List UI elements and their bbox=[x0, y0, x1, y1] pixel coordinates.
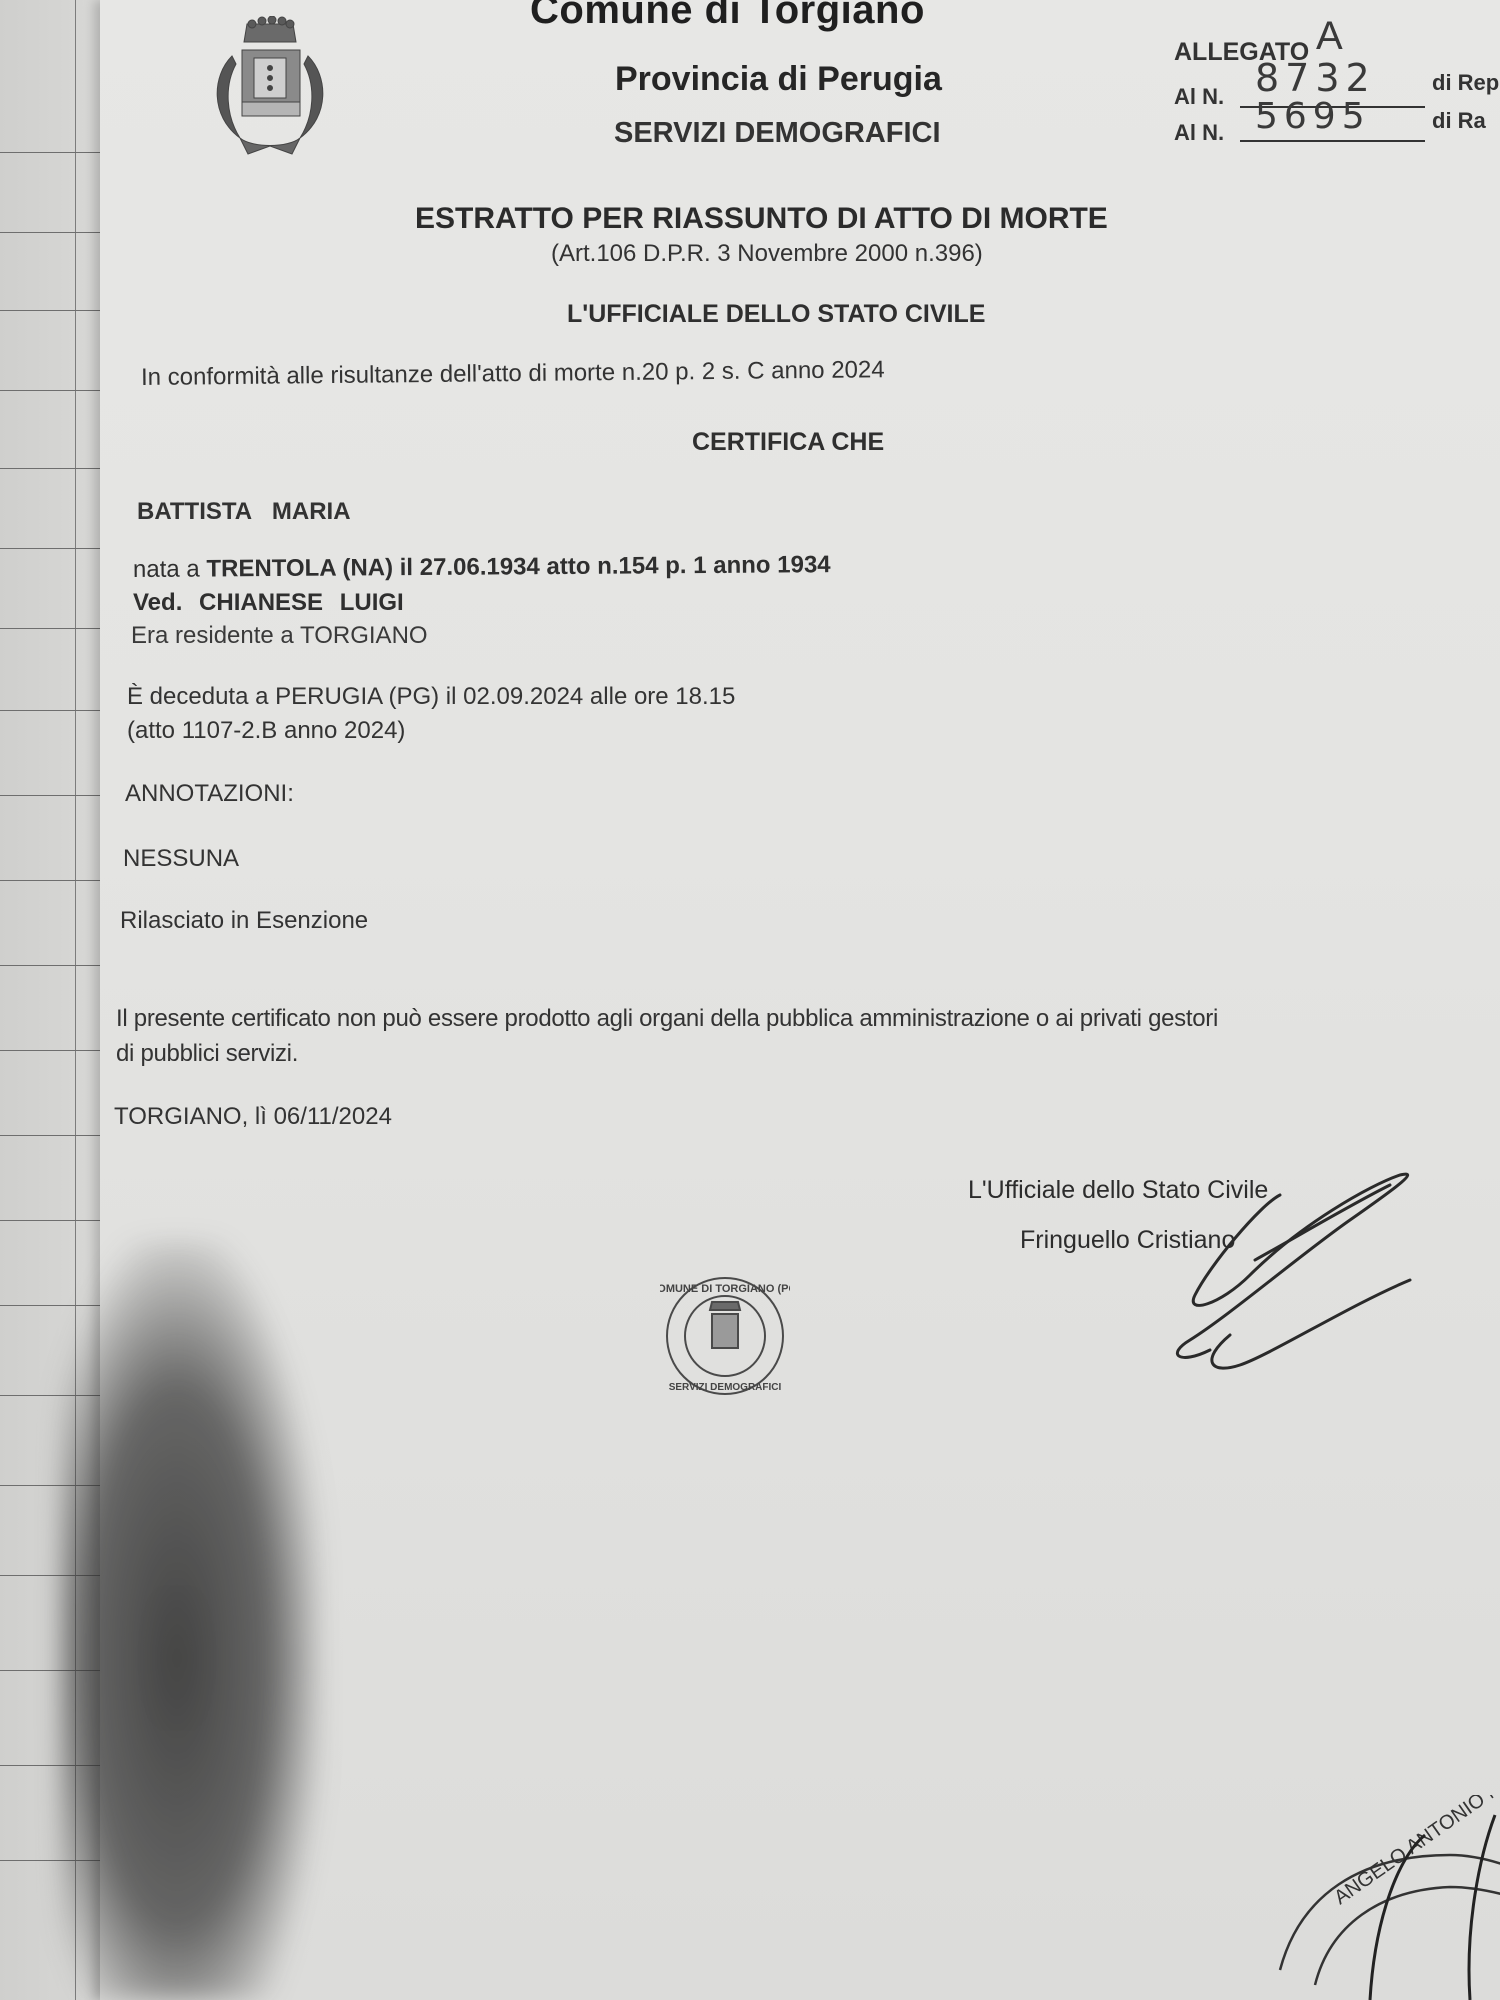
document-title: ESTRATTO PER RIASSUNTO DI ATTO DI MORTE bbox=[415, 202, 1108, 236]
municipal-stamp-text-top: COMUNE DI TORGIANO (PG) bbox=[660, 1283, 790, 1295]
document-subtitle: (Art.106 D.P.R. 3 Novembre 2000 n.396) bbox=[551, 240, 983, 268]
ruled-line bbox=[0, 548, 105, 549]
place-date: TORGIANO, lì 06/11/2024 bbox=[114, 1103, 392, 1131]
residence: Era residente a TORGIANO bbox=[131, 622, 428, 650]
hand-shadow bbox=[60, 1240, 320, 2000]
birth-details: TRENTOLA (NA) il 27.06.1934 atto n.154 p… bbox=[206, 551, 830, 582]
ruled-line bbox=[0, 232, 105, 233]
death-info: È deceduta a PERUGIA (PG) il 02.09.2024 … bbox=[127, 683, 735, 711]
ruled-line bbox=[0, 710, 105, 711]
allegato-rep-prefix: Al N. bbox=[1174, 84, 1224, 110]
allegato-racc-suffix: di Ra bbox=[1432, 108, 1486, 134]
allegato-racc-number: 5695 bbox=[1255, 96, 1371, 137]
ruled-line bbox=[0, 1220, 105, 1221]
ruled-line bbox=[0, 965, 105, 966]
allegato-racc-line bbox=[1240, 140, 1425, 142]
officer-heading: L'UFFICIALE DELLO STATO CIVILE bbox=[567, 300, 985, 329]
ruled-line bbox=[0, 628, 105, 629]
handwritten-signature-icon bbox=[1150, 1165, 1430, 1380]
annotazioni-value: NESSUNA bbox=[123, 845, 239, 873]
ruled-line bbox=[0, 390, 105, 391]
birth-info: nata a TRENTOLA (NA) il 27.06.1934 atto … bbox=[133, 551, 831, 584]
certifica-heading: CERTIFICA CHE bbox=[692, 428, 884, 457]
ruled-line bbox=[0, 152, 105, 153]
servizi-label: SERVIZI DEMOGRAFICI bbox=[614, 117, 941, 150]
provincia-label: Provincia di Perugia bbox=[615, 60, 942, 99]
ruled-line bbox=[0, 880, 105, 881]
allegato-handwritten-letter: A bbox=[1316, 14, 1343, 59]
annotazioni-label: ANNOTAZIONI: bbox=[125, 780, 294, 808]
widow-of: Ved. CHIANESE LUIGI bbox=[133, 589, 404, 617]
municipal-stamp-icon: COMUNE DI TORGIANO (PG) SERVIZI DEMOGRAF… bbox=[660, 1272, 790, 1400]
comune-title: Comune di Torgiano bbox=[530, 0, 925, 33]
ruled-line bbox=[0, 1050, 105, 1051]
municipal-stamp-text-bottom: SERVIZI DEMOGRAFICI bbox=[669, 1382, 782, 1393]
usage-notice-line2: di pubblici servizi. bbox=[116, 1040, 298, 1068]
deceased-name: BATTISTA MARIA bbox=[137, 498, 351, 526]
exemption-note: Rilasciato in Esenzione bbox=[120, 907, 368, 935]
usage-notice-line1: Il presente certificato non può essere p… bbox=[116, 1005, 1218, 1033]
ruled-line bbox=[0, 468, 105, 469]
birth-prefix: nata a bbox=[133, 555, 207, 583]
allegato-rep-suffix: di Rep bbox=[1432, 70, 1499, 96]
ruled-line bbox=[0, 310, 105, 311]
allegato-rep-number: 8732 bbox=[1255, 56, 1376, 100]
ruled-line bbox=[0, 1135, 105, 1136]
coat-of-arms-icon bbox=[192, 16, 348, 166]
death-act: (atto 1107-2.B anno 2024) bbox=[127, 717, 405, 745]
ruled-line bbox=[0, 795, 105, 796]
allegato-racc-prefix: Al N. bbox=[1174, 120, 1224, 146]
notary-stamp-icon: ANGELO ANTONIO NO bbox=[1270, 1795, 1500, 2000]
